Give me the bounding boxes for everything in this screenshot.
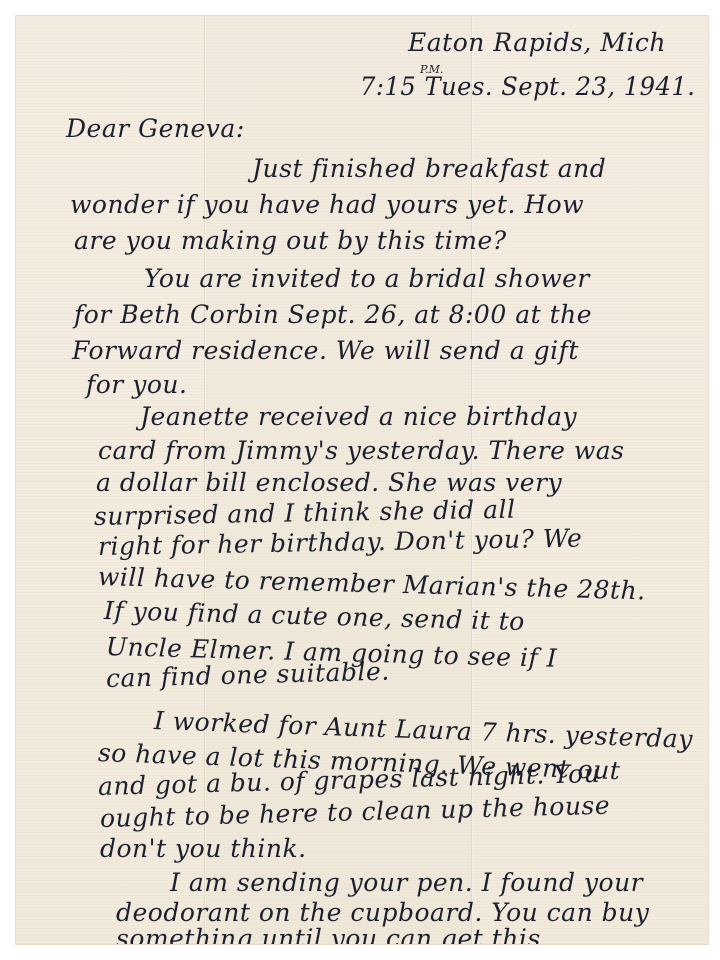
letter-line: something until you can get this. bbox=[116, 924, 549, 944]
letter-line: I am sending your pen. I found your bbox=[170, 868, 643, 897]
letter-line: Just finished breakfast and bbox=[252, 154, 606, 183]
letter-line: deodorant on the cupboard. You can buy bbox=[116, 898, 649, 927]
letter-line: Forward residence. We will send a gift bbox=[72, 336, 579, 365]
letter-date: 7:15 Tues. Sept. 23, 1941. bbox=[360, 72, 695, 101]
letter-page: Eaton Rapids, Mich P.M. 7:15 Tues. Sept.… bbox=[16, 16, 708, 944]
letter-line: card from Jimmy's yesterday. There was bbox=[98, 436, 624, 465]
letter-line: are you making out by this time? bbox=[74, 226, 507, 255]
letter-salutation: Dear Geneva: bbox=[66, 114, 245, 143]
letter-line: Jeanette received a nice birthday bbox=[140, 402, 577, 431]
letter-line: You are invited to a bridal shower bbox=[144, 264, 590, 293]
letter-line: wonder if you have had yours yet. How bbox=[70, 190, 584, 219]
letter-line: don't you think. bbox=[100, 834, 307, 863]
letter-line: for you. bbox=[86, 370, 187, 399]
letter-place: Eaton Rapids, Mich bbox=[408, 28, 666, 57]
letter-line: for Beth Corbin Sept. 26, at 8:00 at the bbox=[74, 300, 592, 329]
letter-line: a dollar bill enclosed. She was very bbox=[96, 468, 562, 497]
